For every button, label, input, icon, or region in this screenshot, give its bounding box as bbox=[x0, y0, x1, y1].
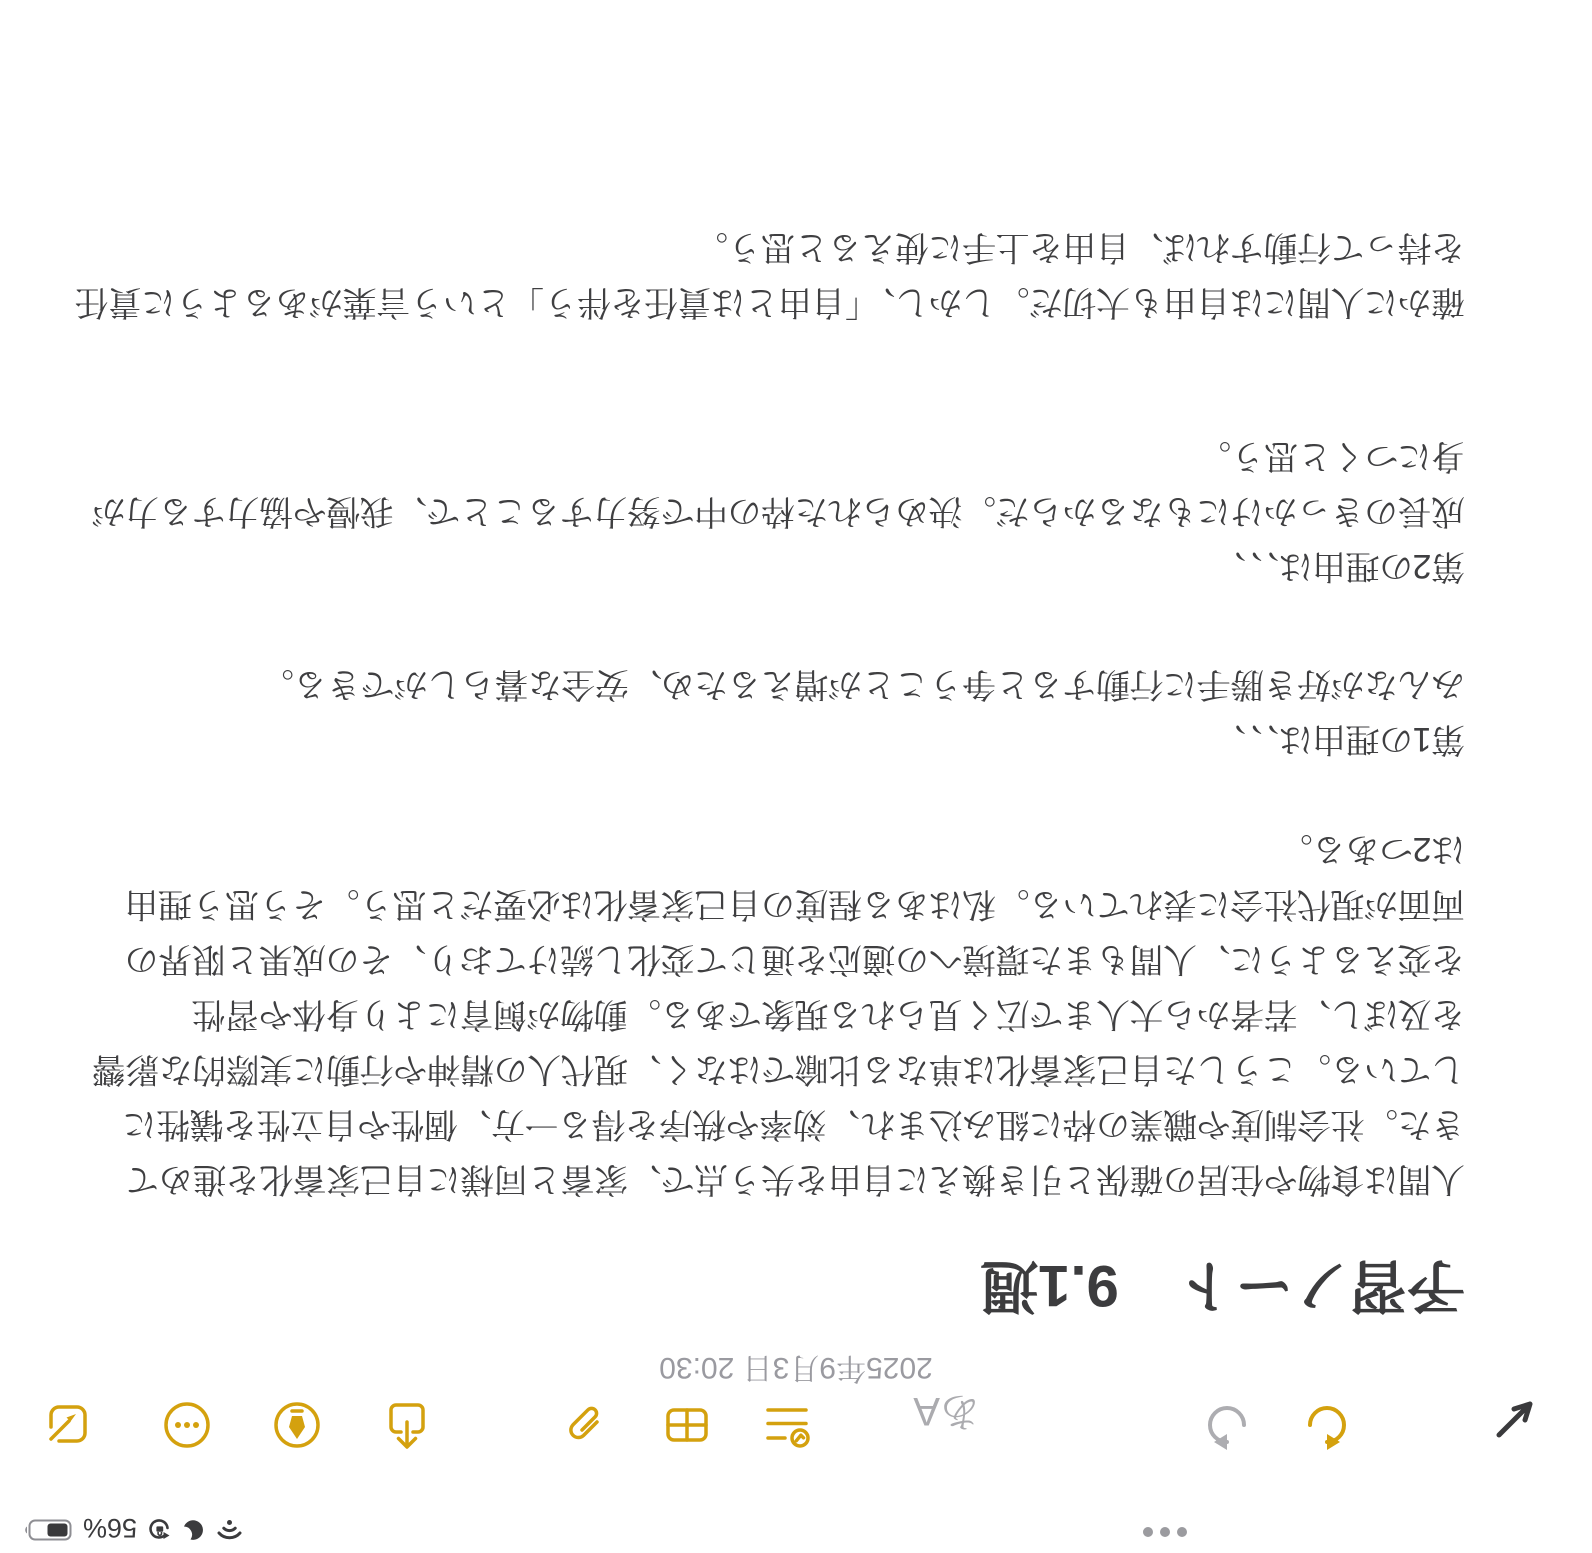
note-line: 両面が現代社会に表れている。私はある程度の自己家畜化は必要だと思う。そう思う理由 bbox=[92, 876, 1465, 931]
battery-icon bbox=[22, 1512, 72, 1543]
note-line: きた。社会制度や職業の枠に組み込まれ、効率や秩序を得る一方、個性や自立性を犠牲に bbox=[92, 1096, 1465, 1151]
attachment-paperclip-button[interactable] bbox=[559, 1397, 615, 1453]
redo-button[interactable] bbox=[1199, 1397, 1255, 1453]
dot bbox=[1160, 1527, 1170, 1537]
note-line: 人間は食物や住居の確保と引き換えに自由を失う点で、家畜と同様に自己家畜化を進めて bbox=[92, 1151, 1465, 1206]
note-line: みんなが好き勝手に行動すると争うことが増えるため、安全な暮らしができる。 bbox=[260, 656, 1465, 711]
screenshot-stage: 56% あA bbox=[0, 0, 1592, 1553]
markup-pen-button[interactable] bbox=[269, 1397, 325, 1453]
more-options-button[interactable] bbox=[159, 1397, 215, 1453]
focus-moon-icon bbox=[183, 1514, 205, 1541]
wifi-icon bbox=[216, 1513, 243, 1542]
rotation-lock-icon bbox=[148, 1513, 172, 1542]
paragraph: 確かに人間には自由も大切だ。しかし、「自由とは責任を伴う」という言葉があるように… bbox=[75, 219, 1465, 329]
status-bar: 56% bbox=[22, 1512, 243, 1543]
note-line: は2つある。 bbox=[92, 821, 1465, 876]
note-line: を及ぼし、若者から大人まで広く見られる現象である。動物が飼育により身体や習性 bbox=[92, 986, 1465, 1041]
note-line: を変えるように、人間もまた環境への適応を通じて変化し続けており、その成果と限界の bbox=[92, 931, 1465, 986]
checklist-button[interactable] bbox=[759, 1397, 815, 1453]
note-title: 予習ノート 9.1週 bbox=[980, 1245, 1465, 1325]
note-date: 2025年9月3日 20:30 bbox=[0, 1346, 1592, 1388]
note-line: 確かに人間には自由も大切だ。しかし、「自由とは責任を伴う」という言葉があるように… bbox=[75, 274, 1465, 329]
note-line: 成長のきっかけにもなるからだ。決められた枠の中で努力することで、我慢や協力する力… bbox=[92, 483, 1465, 538]
paragraph: 人間は食物や住居の確保と引き換えに自由を失う点で、家畜と同様に自己家畜化を進めて… bbox=[92, 821, 1465, 1206]
multitask-handle[interactable] bbox=[1143, 1527, 1187, 1537]
paragraph: 第1の理由は、、、 みんなが好き勝手に行動すると争うことが増えるため、安全な暮ら… bbox=[260, 656, 1465, 766]
share-button[interactable] bbox=[379, 1397, 435, 1453]
battery-percent: 56% bbox=[83, 1512, 137, 1543]
undo-button[interactable] bbox=[1299, 1397, 1355, 1453]
note-line: を持って行動すれば、自由を上手に使えると思う。 bbox=[75, 219, 1465, 274]
note-line: している。こうした自己家畜化は単なる比喩ではなく、現代人の精神や行動に実際的な影… bbox=[92, 1041, 1465, 1096]
format-button[interactable]: あA bbox=[913, 1386, 980, 1443]
paragraph: 第2の理由は、、、 成長のきっかけにもなるからだ。決められた枠の中で努力すること… bbox=[92, 428, 1465, 593]
compose-new-note-button[interactable] bbox=[39, 1397, 95, 1453]
note-line: 第2の理由は、、、 bbox=[92, 538, 1465, 593]
note-line: 身につくと思う。 bbox=[92, 428, 1465, 483]
table-button[interactable] bbox=[659, 1397, 715, 1453]
note-line: 第1の理由は、、、 bbox=[260, 711, 1465, 766]
pointer-arrow-icon bbox=[1489, 1389, 1545, 1445]
notes-app-screen-rotated-180: 56% あA bbox=[0, 0, 1592, 1553]
dot bbox=[1143, 1527, 1153, 1537]
dot bbox=[1177, 1527, 1187, 1537]
